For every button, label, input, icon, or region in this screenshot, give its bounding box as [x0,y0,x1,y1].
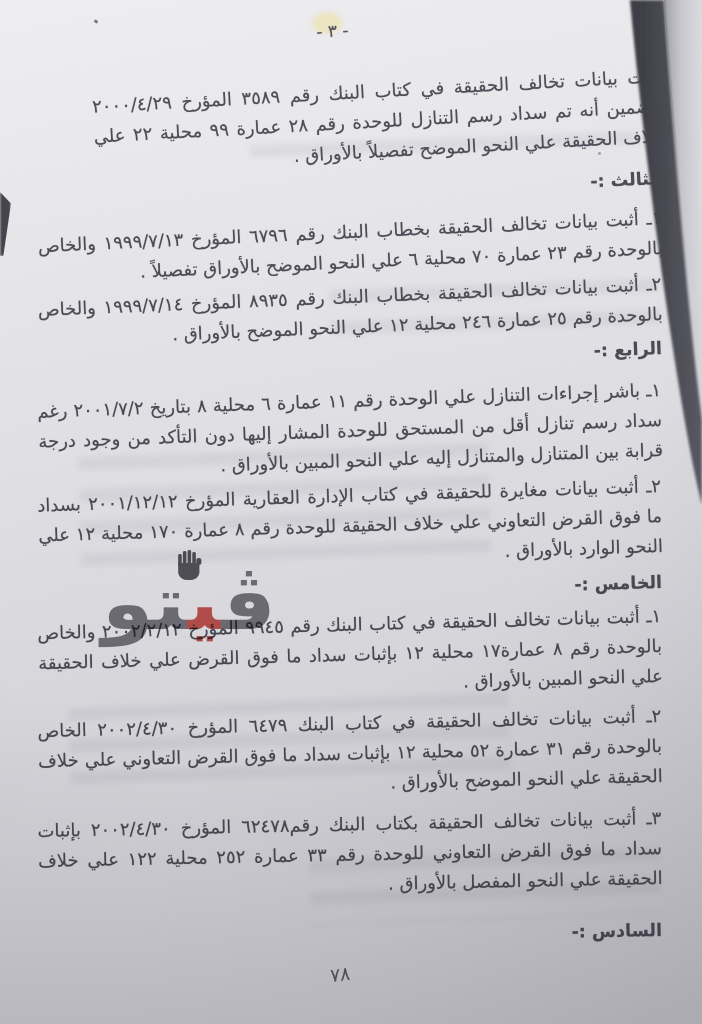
section-item: ٣ـ أثبت بيانات تخالف الحقيقة بكتاب البنك… [37,804,663,907]
veto-watermark-logo: ڤ‍‍ي‍‍تو [102,556,276,652]
section-heading-sixth: السادس :- [38,916,662,957]
document-page: - ٣ - أثبت بيانات تخالف الحقيقة في كتاب … [0,0,702,1024]
curled-page-corner [552,0,702,520]
section-item: ٢ـ أثبت بيانات تخالف الحقيقة في كتاب الب… [37,702,663,807]
hand-icon [175,550,204,584]
page-number-bottom-handwritten: ٧٨ [330,963,351,988]
page-number-top: - ٣ - [19,0,645,63]
